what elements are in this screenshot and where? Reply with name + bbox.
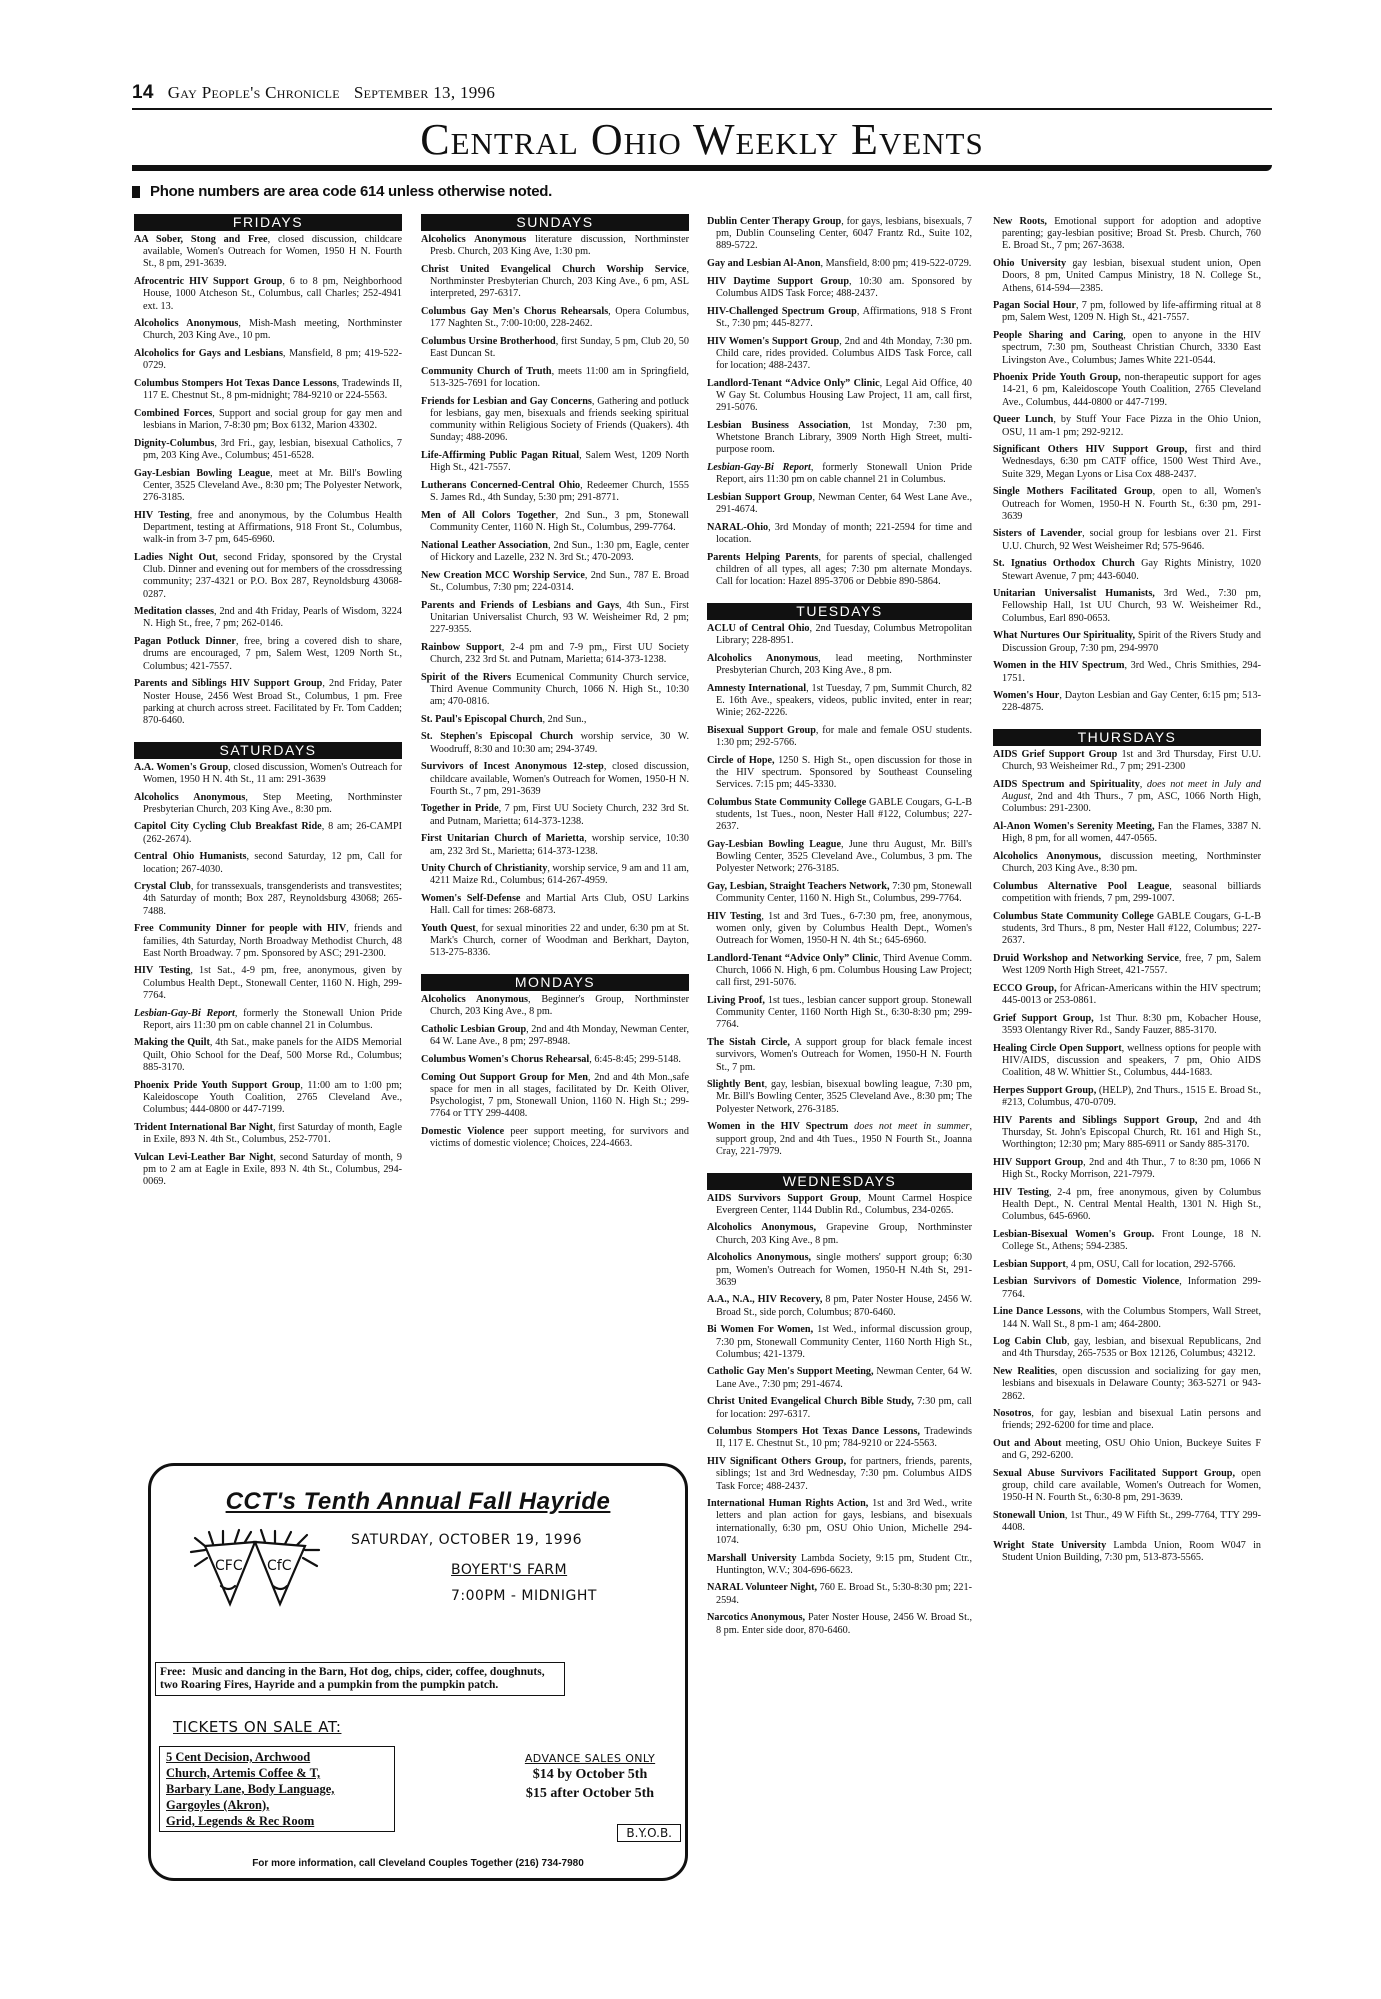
event-name: Central Ohio Humanists — [134, 851, 247, 862]
page-title: Central Ohio Weekly Events — [132, 114, 1272, 166]
event-listing: National Leather Association, 2nd Sun., … — [421, 540, 689, 564]
event-name: Phoenix Pride Youth Group, — [993, 372, 1121, 383]
event-name: Columbus Stompers Hot Texas Dance Lesson… — [134, 378, 337, 389]
event-name: Living Proof, — [707, 995, 765, 1006]
event-listing: Lutherans Concerned-Central Ohio, Redeem… — [421, 480, 689, 504]
event-listing: Life-Affirming Public Pagan Ritual, Sale… — [421, 450, 689, 474]
event-name: Columbus Women's Chorus Rehearsal — [421, 1054, 589, 1065]
event-listing: Central Ohio Humanists, second Saturday,… — [134, 851, 402, 875]
event-name: AIDS Grief Support Group — [993, 749, 1117, 760]
event-name: Together in Pride — [421, 803, 499, 814]
svg-text:CFC: CFC — [215, 1558, 243, 1574]
event-listing: Parents Helping Parents, for parents of … — [707, 552, 972, 589]
event-listing: Gay-Lesbian Bowling League, meet at Mr. … — [134, 468, 402, 505]
event-name: Survivors of Incest Anonymous 12-step — [421, 761, 604, 772]
event-listing: Alcoholics Anonymous, Step Meeting, Nort… — [134, 792, 402, 816]
event-name: HIV Testing — [707, 911, 761, 922]
event-listing: Circle of Hope, 1250 S. High St., open d… — [707, 755, 972, 792]
event-listing: St. Ignatius Orthodox Church Gay Rights … — [993, 558, 1261, 582]
event-name: Druid Workshop and Networking Service — [993, 953, 1179, 964]
ad-venue-line: Grid, Legends & Rec Room — [166, 1813, 388, 1829]
event-name: Alcoholics Anonymous, — [993, 851, 1101, 862]
event-listing: Columbus State Community College GABLE C… — [707, 797, 972, 834]
event-listing: Christ United Evangelical Church Bible S… — [707, 1396, 972, 1420]
event-name: What Nurtures Our Spirituality, — [993, 630, 1135, 641]
event-name: Dublin Center Therapy Group — [707, 216, 841, 227]
event-name: Alcoholics Anonymous — [134, 318, 238, 329]
event-name: Landlord-Tenant “Advice Only” Clinic — [707, 953, 878, 964]
event-listing: AA Sober, Stong and Free, closed discuss… — [134, 234, 402, 271]
event-details: , 2nd Sun., — [543, 714, 587, 725]
event-name: AIDS Spectrum and Spirituality — [993, 779, 1140, 790]
event-name: Lesbian-Bisexual Women's Group. — [993, 1229, 1154, 1240]
event-listing: Men of All Colors Together, 2nd Sun., 3 … — [421, 510, 689, 534]
header-rule-bottom — [132, 165, 1272, 171]
event-listing: Survivors of Incest Anonymous 12-step, c… — [421, 761, 689, 798]
event-name: Columbus State Community College — [993, 911, 1154, 922]
event-name: Stonewall Union — [993, 1510, 1065, 1521]
event-name: The Sistah Circle, — [707, 1037, 790, 1048]
event-name: HIV Daytime Support Group — [707, 276, 849, 287]
event-listing: HIV Testing, free and anonymous, by the … — [134, 510, 402, 547]
ad-venue-line: 5 Cent Decision, Archwood — [166, 1749, 388, 1765]
event-name: Making the Quilt — [134, 1037, 210, 1048]
event-listing: Alcoholics Anonymous, Beginner's Group, … — [421, 994, 689, 1018]
event-name: Alcoholics Anonymous — [707, 653, 818, 664]
event-listing: Youth Quest, for sexual minorities 22 an… — [421, 923, 689, 960]
section-heading-saturdays: SATURDAYS — [134, 742, 402, 759]
event-listing: Pagan Social Hour, 7 pm, followed by lif… — [993, 300, 1261, 324]
event-listing: Crystal Club, for transsexuals, transgen… — [134, 881, 402, 918]
event-name: Parents Helping Parents — [707, 552, 818, 563]
issue-date: September 13, 1996 — [354, 83, 495, 103]
event-listing: NARAL-Ohio, 3rd Monday of month; 221-259… — [707, 522, 972, 546]
event-name: Life-Affirming Public Pagan Ritual — [421, 450, 579, 461]
event-name: Columbus Alternative Pool League — [993, 881, 1169, 892]
event-listing: Phoenix Pride Youth Group, non-therapeut… — [993, 372, 1261, 409]
ad-contact-info: For more information, call Cleveland Cou… — [151, 1858, 685, 1869]
event-name: Men of All Colors Together — [421, 510, 556, 521]
event-name: Alcoholics Anonymous, — [707, 1222, 816, 1233]
event-name: St. Paul's Episcopal Church — [421, 714, 543, 725]
event-name: New Roots, — [993, 216, 1047, 227]
event-name: Lesbian-Gay-Bi Report — [707, 462, 811, 473]
event-listing: Alcoholics Anonymous, discussion meeting… — [993, 851, 1261, 875]
event-name: Landlord-Tenant “Advice Only” Clinic — [707, 378, 880, 389]
event-name: NARAL-Ohio — [707, 522, 768, 533]
thursdays-list: AIDS Grief Support Group 1st and 3rd Thu… — [993, 749, 1261, 1564]
event-name: Out and About — [993, 1438, 1061, 1449]
event-listing: Alcoholics Anonymous literature discussi… — [421, 234, 689, 258]
fridays-list: AA Sober, Stong and Free, closed discuss… — [134, 234, 402, 727]
event-listing: Phoenix Pride Youth Support Group, 11:00… — [134, 1080, 402, 1117]
event-listing: Pagan Potluck Dinner, free, bring a cove… — [134, 636, 402, 673]
event-listing: Lesbian Survivors of Domestic Violence, … — [993, 1276, 1261, 1300]
event-listing: Friends for Lesbian and Gay Concerns, Ga… — [421, 396, 689, 445]
event-listing: Sisters of Lavender, social group for le… — [993, 528, 1261, 552]
event-listing: NARAL Volunteer Night, 760 E. Broad St.,… — [707, 1582, 972, 1606]
event-listing: HIV Significant Others Group, for partne… — [707, 1456, 972, 1493]
event-name: Circle of Hope, — [707, 755, 775, 766]
event-name: Columbus State Community College — [707, 797, 866, 808]
event-listing: Dignity-Columbus, 3rd Fri., gay, lesbian… — [134, 438, 402, 462]
event-listing: Lesbian-Gay-Bi Report, formerly the Ston… — [134, 1008, 402, 1032]
event-name: Women's Hour — [993, 690, 1059, 701]
event-listing: AIDS Survivors Support Group, Mount Carm… — [707, 1193, 972, 1217]
event-listing: Healing Circle Open Support, wellness op… — [993, 1043, 1261, 1080]
mondays-list-b: Dublin Center Therapy Group, for gays, l… — [707, 216, 972, 588]
ad-venue-line: Barbary Lane, Body Language, — [166, 1781, 388, 1797]
event-listing: Lesbian Support Group, Newman Center, 64… — [707, 492, 972, 516]
mondays-list-a: Alcoholics Anonymous, Beginner's Group, … — [421, 994, 689, 1150]
event-name: Pagan Potluck Dinner — [134, 636, 236, 647]
event-name: Amnesty International — [707, 683, 806, 694]
event-name: Rainbow Support — [421, 642, 502, 653]
event-listing: A.A., N.A., HIV Recovery, 8 pm, Pater No… — [707, 1294, 972, 1318]
event-listing: Making the Quilt, 4th Sat., make panels … — [134, 1037, 402, 1074]
event-listing: Christ United Evangelical Church Worship… — [421, 264, 689, 301]
event-listing: Alcoholics Anonymous, single mothers' su… — [707, 1252, 972, 1289]
event-name: Sisters of Lavender — [993, 528, 1082, 539]
event-listing: St. Stephen's Episcopal Church worship s… — [421, 731, 689, 755]
event-name: Herpes Support Group, — [993, 1085, 1096, 1096]
event-name: Pagan Social Hour — [993, 300, 1076, 311]
event-name: Parents and Siblings HIV Support Group — [134, 678, 322, 689]
column-1: FRIDAYS AA Sober, Stong and Free, closed… — [134, 214, 402, 1194]
event-listing: Unity Church of Christianity, worship se… — [421, 863, 689, 887]
event-name: Bi Women For Women, — [707, 1324, 813, 1335]
event-name: St. Stephen's Episcopal Church — [421, 731, 573, 742]
event-name: HIV Testing — [134, 510, 190, 521]
event-name: HIV Support Group — [993, 1157, 1083, 1168]
event-name: ECCO Group, — [993, 983, 1057, 994]
event-listing: Columbus Stompers Hot Texas Dance Lesson… — [707, 1426, 972, 1450]
event-listing: Women's Hour, Dayton Lesbian and Gay Cen… — [993, 690, 1261, 714]
event-listing: HIV Testing, 2-4 pm, free anonymous, giv… — [993, 1187, 1261, 1224]
event-name: Women's Self-Defense — [421, 893, 520, 904]
event-name: HIV Parents and Siblings Support Group, — [993, 1115, 1197, 1126]
event-name: Vulcan Levi-Leather Bar Night — [134, 1152, 273, 1163]
event-listing: Catholic Lesbian Group, 2nd and 4th Mond… — [421, 1024, 689, 1048]
event-listing: Columbus State Community College GABLE C… — [993, 911, 1261, 948]
section-heading-mondays: MONDAYS — [421, 974, 689, 991]
event-listing: Lesbian Support, 4 pm, OSU, Call for loc… — [993, 1259, 1261, 1271]
event-name: Wright State University — [993, 1540, 1106, 1551]
event-listing: Parents and Friends of Lesbians and Gays… — [421, 600, 689, 637]
event-name: HIV-Challenged Spectrum Group — [707, 306, 857, 317]
event-name: Domestic Violence — [421, 1126, 504, 1137]
event-listing: HIV Women's Support Group, 2nd and 4th M… — [707, 336, 972, 373]
event-name: HIV Women's Support Group — [707, 336, 839, 347]
event-listing: First Unitarian Church of Marietta, wors… — [421, 833, 689, 857]
event-name: People Sharing and Caring — [993, 330, 1123, 341]
event-listing: Trident International Bar Night, first S… — [134, 1122, 402, 1146]
event-listing: Gay-Lesbian Bowling League, June thru Au… — [707, 839, 972, 876]
event-name: HIV Testing — [993, 1187, 1049, 1198]
event-listing: Wright State University Lambda Union, Ro… — [993, 1540, 1261, 1564]
event-name: Ohio University — [993, 258, 1066, 269]
area-code-note-text: Phone numbers are area code 614 unless o… — [150, 183, 552, 200]
hayride-advertisement: CCT's Tenth Annual Fall Hayride CFC CfC … — [148, 1463, 688, 1881]
event-listing: HIV Support Group, 2nd and 4th Thur., 7 … — [993, 1157, 1261, 1181]
event-listing: Lesbian-Gay-Bi Report, formerly Stonewal… — [707, 462, 972, 486]
event-name: Alcoholics Anonymous — [421, 994, 528, 1005]
event-name: Crystal Club — [134, 881, 191, 892]
event-listing: Meditation classes, 2nd and 4th Friday, … — [134, 606, 402, 630]
event-name: Log Cabin Club — [993, 1336, 1067, 1347]
event-name: Gay and Lesbian Al-Anon — [707, 258, 821, 269]
event-listing: International Human Rights Action, 1st a… — [707, 1498, 972, 1547]
event-listing: Combined Forces, Support and social grou… — [134, 408, 402, 432]
publication-name: Gay People's Chronicle — [168, 83, 340, 103]
event-name: Healing Circle Open Support — [993, 1043, 1122, 1054]
event-name: Coming Out Support Group for Men — [421, 1072, 588, 1083]
event-listing: Women in the HIV Spectrum, 3rd Wed., Chr… — [993, 660, 1261, 684]
event-listing: Catholic Gay Men's Support Meeting, Newm… — [707, 1366, 972, 1390]
section-heading-fridays: FRIDAYS — [134, 214, 402, 231]
event-listing: The Sistah Circle, A support group for b… — [707, 1037, 972, 1074]
event-name: Ladies Night Out — [134, 552, 215, 563]
event-listing: Nosotros, for gay, lesbian and bisexual … — [993, 1408, 1261, 1432]
event-listing: Queer Lunch, by Stuff Your Face Pizza in… — [993, 414, 1261, 438]
tuesdays-list: ACLU of Central Ohio, 2nd Tuesday, Colum… — [707, 623, 972, 1158]
event-listing: Dublin Center Therapy Group, for gays, l… — [707, 216, 972, 253]
event-name: Youth Quest — [421, 923, 476, 934]
event-listing: Lesbian-Bisexual Women's Group. Front Lo… — [993, 1229, 1261, 1253]
event-name: International Human Rights Action, — [707, 1498, 868, 1509]
event-listing: Columbus Ursine Brotherhood, first Sunda… — [421, 336, 689, 360]
event-listing: Capitol City Cycling Club Breakfast Ride… — [134, 821, 402, 845]
event-listing: Alcoholics Anonymous, Grapevine Group, N… — [707, 1222, 972, 1246]
event-name: Community Church of Truth — [421, 366, 552, 377]
event-listing: ECCO Group, for African-Americans within… — [993, 983, 1261, 1007]
event-name: Unitarian Universalist Humanists, — [993, 588, 1155, 599]
event-listing: Alcoholics Anonymous, lead meeting, Nort… — [707, 653, 972, 677]
event-name: Women in the HIV Spectrum — [707, 1121, 848, 1132]
event-name: Dignity-Columbus — [134, 438, 214, 449]
section-heading-wednesdays: WEDNESDAYS — [707, 1173, 972, 1190]
event-listing: ACLU of Central Ohio, 2nd Tuesday, Colum… — [707, 623, 972, 647]
ad-price-early: $14 by October 5th — [505, 1765, 675, 1784]
event-listing: Log Cabin Club, gay, lesbian, and bisexu… — [993, 1336, 1261, 1360]
ad-tickets-heading: TICKETS ON SALE AT: — [173, 1718, 341, 1736]
ad-pricing: ADVANCE SALES ONLY $14 by October 5th $1… — [505, 1752, 675, 1803]
event-listing: Slightly Bent, gay, lesbian, bisexual bo… — [707, 1079, 972, 1116]
column-3: Dublin Center Therapy Group, for gays, l… — [707, 216, 972, 1642]
event-name: Lesbian Support — [993, 1259, 1066, 1270]
event-listing: Women in the HIV Spectrum does not meet … — [707, 1121, 972, 1158]
event-listing: Grief Support Group, 1st Thur. 8:30 pm, … — [993, 1013, 1261, 1037]
svg-text:CfC: CfC — [267, 1558, 292, 1574]
event-name: New Realities — [993, 1366, 1055, 1377]
event-name: Narcotics Anonymous, — [707, 1612, 805, 1623]
event-name: Line Dance Lessons — [993, 1306, 1080, 1317]
event-listing: Vulcan Levi-Leather Bar Night, second Sa… — [134, 1152, 402, 1189]
event-details: , Mansfield, 8:00 pm; 419-522-0729. — [821, 258, 972, 269]
event-name: Christ United Evangelical Church Worship… — [421, 264, 686, 275]
event-name: Christ United Evangelical Church Bible S… — [707, 1396, 914, 1407]
ad-event-date: SATURDAY, OCTOBER 19, 1996 — [351, 1532, 582, 1548]
page-folio: 14 Gay People's Chronicle September 13, … — [132, 82, 495, 104]
event-name: ACLU of Central Ohio — [707, 623, 810, 634]
event-name: First Unitarian Church of Marietta — [421, 833, 584, 844]
section-heading-tuesdays: TUESDAYS — [707, 603, 972, 620]
ad-byob-badge: B.Y.O.B. — [617, 1824, 681, 1842]
wednesdays-list-a: AIDS Survivors Support Group, Mount Carm… — [707, 1193, 972, 1637]
event-listing: Gay, Lesbian, Straight Teachers Network,… — [707, 881, 972, 905]
event-name: Slightly Bent — [707, 1079, 765, 1090]
ad-event-time: 7:00PM - MIDNIGHT — [451, 1588, 597, 1604]
event-listing: Columbus Gay Men's Chorus Rehearsals, Op… — [421, 306, 689, 330]
event-listing: AIDS Grief Support Group 1st and 3rd Thu… — [993, 749, 1261, 773]
event-listing: Stonewall Union, 1st Thur., 49 W Fifth S… — [993, 1510, 1261, 1534]
section-heading-sundays: SUNDAYS — [421, 214, 689, 231]
section-heading-thursdays: THURSDAYS — [993, 729, 1261, 746]
sundays-list: Alcoholics Anonymous literature discussi… — [421, 234, 689, 960]
page-number: 14 — [132, 82, 154, 104]
column-4: New Roots, Emotional support for adoptio… — [993, 216, 1261, 1570]
header-rule-top — [132, 108, 1272, 110]
event-listing: Sexual Abuse Survivors Facilitated Suppo… — [993, 1468, 1261, 1505]
event-details: , 6:45-8:45; 299-5148. — [589, 1054, 681, 1065]
two-faces-logo-icon: CFC CfC — [185, 1528, 325, 1608]
event-listing: Community Church of Truth, meets 11:00 a… — [421, 366, 689, 390]
event-name: NARAL Volunteer Night, — [707, 1582, 817, 1593]
event-listing: Single Mothers Facilitated Group, open t… — [993, 486, 1261, 523]
ad-venue-line: Church, Artemis Coffee & T, — [166, 1765, 388, 1781]
event-name: Meditation classes — [134, 606, 214, 617]
event-name: Lesbian Business Association — [707, 420, 848, 431]
event-name: Significant Others HIV Support Group, — [993, 444, 1187, 455]
ad-venue-line: Gargoyles (Akron), — [166, 1797, 388, 1813]
event-listing: AIDS Spectrum and Spirituality, does not… — [993, 779, 1261, 816]
event-listing: Free Community Dinner for people with HI… — [134, 923, 402, 960]
event-name: Single Mothers Facilitated Group — [993, 486, 1153, 497]
bullet-square-icon — [132, 186, 140, 198]
event-name: Capitol City Cycling Club Breakfast Ride — [134, 821, 322, 832]
event-name: Lesbian-Gay-Bi Report — [134, 1008, 235, 1019]
event-listing: What Nurtures Our Spirituality, Spirit o… — [993, 630, 1261, 654]
ad-ticket-venues: 5 Cent Decision, Archwood Church, Artemi… — [159, 1746, 395, 1832]
event-listing: Columbus Women's Chorus Rehearsal, 6:45-… — [421, 1054, 689, 1066]
ad-price-late: $15 after October 5th — [505, 1784, 675, 1803]
event-listing: Narcotics Anonymous, Pater Noster House,… — [707, 1612, 972, 1636]
event-listing: Parents and Siblings HIV Support Group, … — [134, 678, 402, 727]
event-name: Nosotros — [993, 1408, 1031, 1419]
event-name: St. Ignatius Orthodox Church — [993, 558, 1135, 569]
event-listing: Bi Women For Women, 1st Wed., informal d… — [707, 1324, 972, 1361]
event-name: Alcoholics Anonymous — [134, 792, 245, 803]
event-listing: Lesbian Business Association, 1st Monday… — [707, 420, 972, 457]
event-name: Catholic Gay Men's Support Meeting, — [707, 1366, 874, 1377]
event-listing: Landlord-Tenant “Advice Only” Clinic, Th… — [707, 953, 972, 990]
event-name: Combined Forces — [134, 408, 212, 419]
event-name: HIV Significant Others Group, — [707, 1456, 846, 1467]
event-name: A.A. Women's Group — [134, 762, 228, 773]
event-listing: Al-Anon Women's Serenity Meeting, Fan th… — [993, 821, 1261, 845]
ad-advance-label: ADVANCE SALES ONLY — [505, 1752, 675, 1765]
event-listing: Spirit of the Rivers Ecumenical Communit… — [421, 672, 689, 709]
event-name: Afrocentric HIV Support Group — [134, 276, 282, 287]
event-listing: HIV Testing, 1st Sat., 4-9 pm, free, ano… — [134, 965, 402, 1002]
event-name: New Creation MCC Worship Service — [421, 570, 585, 581]
saturdays-list: A.A. Women's Group, closed discussion, W… — [134, 762, 402, 1189]
event-listing: Living Proof, 1st tues., lesbian cancer … — [707, 995, 972, 1032]
event-listing: HIV Daytime Support Group, 10:30 am. Spo… — [707, 276, 972, 300]
event-listing: Unitarian Universalist Humanists, 3rd We… — [993, 588, 1261, 625]
event-listing: Line Dance Lessons, with the Columbus St… — [993, 1306, 1261, 1330]
event-listing: A.A. Women's Group, closed discussion, W… — [134, 762, 402, 786]
event-name: Lesbian Support Group — [707, 492, 812, 503]
wednesdays-list-b: New Roots, Emotional support for adoptio… — [993, 216, 1261, 715]
event-listing: HIV Parents and Siblings Support Group, … — [993, 1115, 1261, 1152]
event-listing: Women's Self-Defense and Martial Arts Cl… — [421, 893, 689, 917]
event-listing: Coming Out Support Group for Men, 2nd an… — [421, 1072, 689, 1121]
event-listing: Ladies Night Out, second Friday, sponsor… — [134, 552, 402, 601]
event-name: Gay-Lesbian Bowling League — [707, 839, 841, 850]
event-name: Sexual Abuse Survivors Facilitated Suppo… — [993, 1468, 1235, 1479]
event-name: AIDS Survivors Support Group — [707, 1193, 859, 1204]
event-listing: People Sharing and Caring, open to anyon… — [993, 330, 1261, 367]
ad-event-place: BOYERT'S FARM — [451, 1562, 567, 1578]
event-name: Alcoholics for Gays and Lesbians — [134, 348, 283, 359]
area-code-note: Phone numbers are area code 614 unless o… — [132, 183, 552, 200]
event-name: Friends for Lesbian and Gay Concerns — [421, 396, 592, 407]
event-name: Gay, Lesbian, Straight Teachers Network, — [707, 881, 890, 892]
event-name: Alcoholics Anonymous — [421, 234, 526, 245]
event-name: Women in the HIV Spectrum — [993, 660, 1124, 671]
event-listing: Ohio University gay lesbian, bisexual st… — [993, 258, 1261, 295]
event-name: Lesbian Survivors of Domestic Violence — [993, 1276, 1179, 1287]
event-listing: Gay and Lesbian Al-Anon, Mansfield, 8:00… — [707, 258, 972, 270]
event-details: , 4 pm, OSU, Call for location, 292-5766… — [1066, 1259, 1236, 1270]
event-listing: Amnesty International, 1st Tuesday, 7 pm… — [707, 683, 972, 720]
event-listing: St. Paul's Episcopal Church, 2nd Sun., — [421, 714, 689, 726]
event-listing: HIV-Challenged Spectrum Group, Affirmati… — [707, 306, 972, 330]
ad-free-items: Free:Music and dancing in the Barn, Hot … — [155, 1662, 565, 1696]
event-name: Gay-Lesbian Bowling League — [134, 468, 270, 479]
event-name: Columbus Stompers Hot Texas Dance Lesson… — [707, 1426, 920, 1437]
column-2: SUNDAYS Alcoholics Anonymous literature … — [421, 214, 689, 1156]
event-name: Columbus Ursine Brotherhood — [421, 336, 556, 347]
event-note: does not meet in summer — [848, 1121, 969, 1132]
event-listing: Alcoholics for Gays and Lesbians, Mansfi… — [134, 348, 402, 372]
event-listing: New Roots, Emotional support for adoptio… — [993, 216, 1261, 253]
event-listing: Columbus Alternative Pool League, season… — [993, 881, 1261, 905]
event-name: Alcoholics Anonymous, — [707, 1252, 811, 1263]
ad-free-text: Music and dancing in the Barn, Hot dog, … — [160, 1666, 545, 1691]
event-listing: Herpes Support Group, (HELP), 2nd Thurs.… — [993, 1085, 1261, 1109]
ad-free-label: Free: — [160, 1666, 186, 1678]
event-listing: Out and About meeting, OSU Ohio Union, B… — [993, 1438, 1261, 1462]
event-name: HIV Testing — [134, 965, 190, 976]
event-name: Bisexual Support Group — [707, 725, 816, 736]
event-name: Grief Support Group, — [993, 1013, 1094, 1024]
event-name: Marshall University — [707, 1553, 796, 1564]
event-listing: Afrocentric HIV Support Group, 6 to 8 pm… — [134, 276, 402, 313]
event-name: National Leather Association — [421, 540, 548, 551]
event-listing: Druid Workshop and Networking Service, f… — [993, 953, 1261, 977]
event-name: Al-Anon Women's Serenity Meeting, — [993, 821, 1155, 832]
event-listing: Together in Pride, 7 pm, First UU Societ… — [421, 803, 689, 827]
event-name: Spirit of the Rivers — [421, 672, 511, 683]
event-details: , for gay, lesbian and bisexual Latin pe… — [1002, 1408, 1261, 1431]
event-name: Catholic Lesbian Group — [421, 1024, 526, 1035]
event-listing: New Creation MCC Worship Service, 2nd Su… — [421, 570, 689, 594]
event-name: Trident International Bar Night — [134, 1122, 273, 1133]
event-listing: Alcoholics Anonymous, Mish-Mash meeting,… — [134, 318, 402, 342]
event-name: Phoenix Pride Youth Support Group — [134, 1080, 300, 1091]
